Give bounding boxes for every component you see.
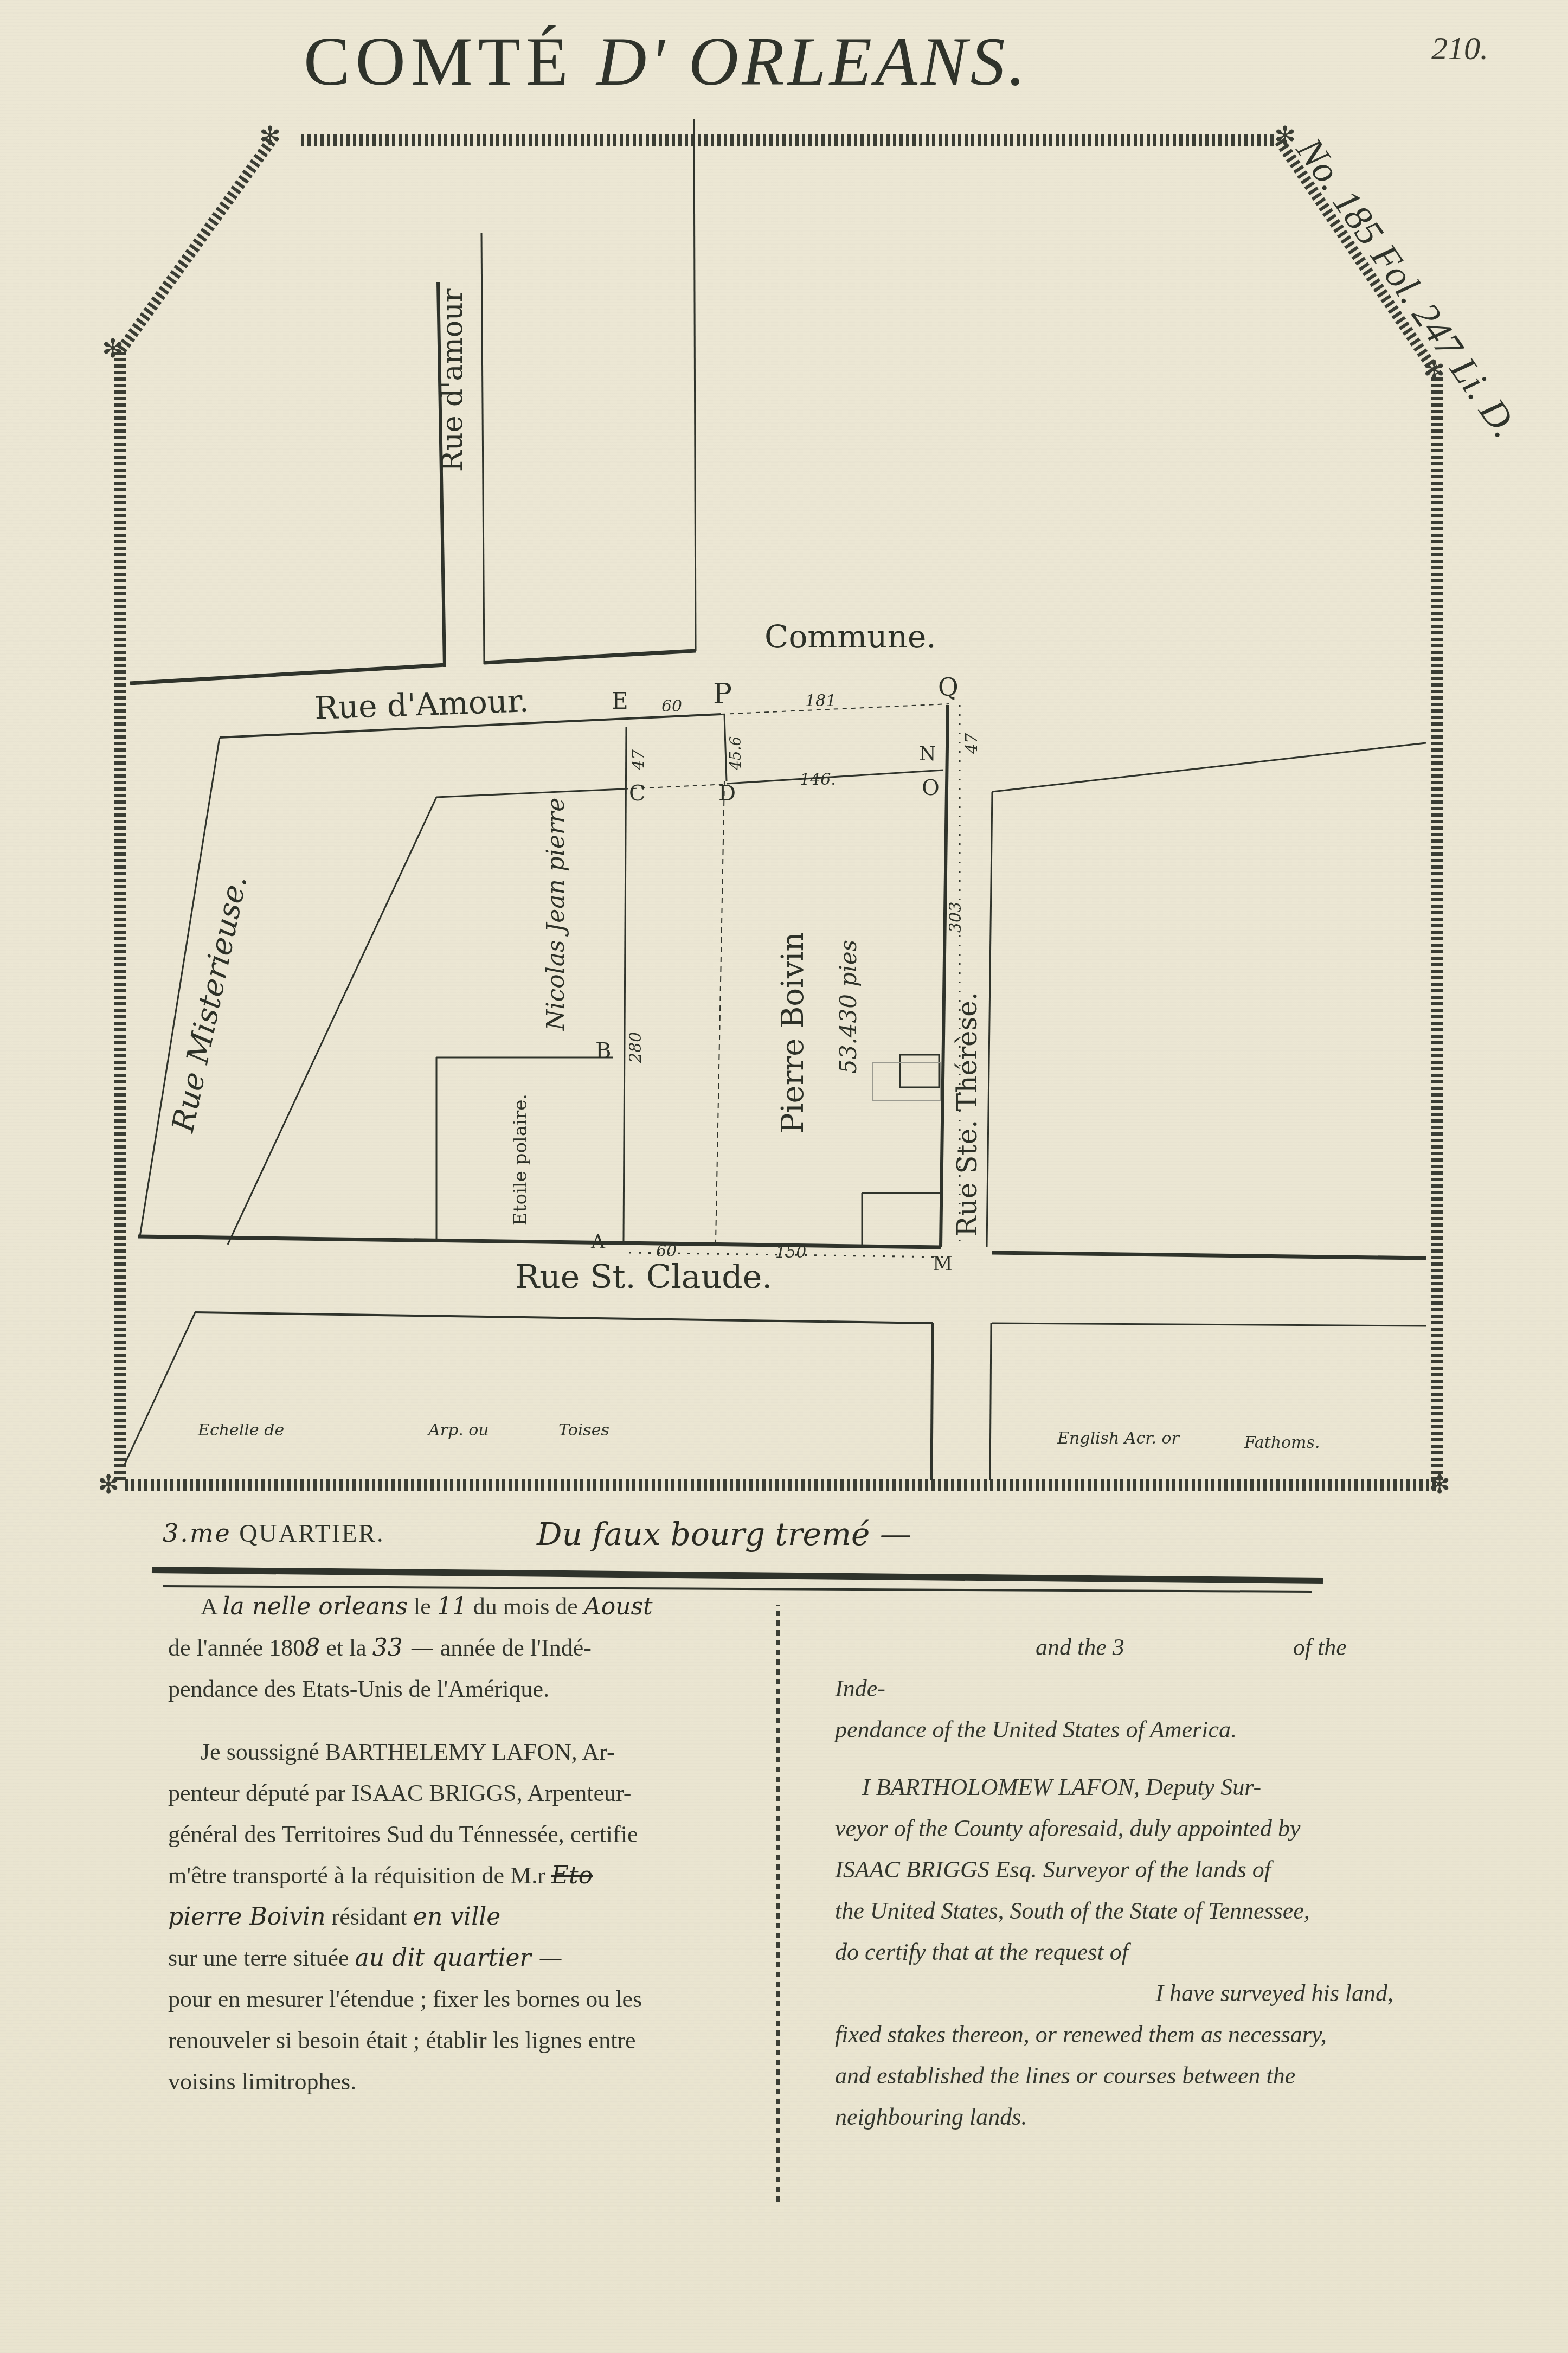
french-line-8: pierre Boivin résidant en ville <box>168 1896 737 1938</box>
owner-etoile-polaire: Etoile polaire. <box>510 1094 531 1226</box>
french-line-12: voisins limitrophes. <box>168 2061 737 2102</box>
french-line-7: m'être transporté à la réquisition de M.… <box>168 1855 737 1896</box>
border-ornament-icon: ✻ <box>259 124 281 150</box>
handwritten-requester: pierre Boivin <box>168 1903 326 1931</box>
english-line-3: I BARTHOLOMEW LAFON, Deputy Sur- <box>835 1767 1393 1808</box>
point-C: C <box>629 781 646 806</box>
street-label-rue-damour-vertical: Rue d'amour <box>436 289 469 472</box>
french-line-11: renouveler si besoin était ; établir les… <box>168 2020 737 2061</box>
handwritten-place: la nelle orleans <box>222 1593 408 1620</box>
handwritten-month: Aoust <box>584 1593 653 1620</box>
street-label-rue-st-claude: Rue St. Claude. <box>515 1258 772 1296</box>
scale-english: English Acr. or <box>1057 1429 1179 1448</box>
english-line-4: veyor of the County aforesaid, duly appo… <box>835 1808 1393 1849</box>
measure-P-D: 45.6 <box>727 736 744 770</box>
spacer <box>168 1710 737 1732</box>
text: résidant <box>332 1903 407 1930</box>
point-M: M <box>933 1253 953 1275</box>
point-E: E <box>612 688 628 714</box>
struck-handwriting: Eto <box>551 1862 593 1889</box>
measure-E-P: 60 <box>661 697 682 716</box>
owner-nicolas-jean-pierre: Nicolas Jean pierre <box>542 798 570 1030</box>
french-line-3: pendance des Etats-Unis de l'Amérique. <box>168 1669 737 1710</box>
street-label-rue-ste-therese: Rue Ste. Thérèse. <box>952 992 983 1236</box>
border-ornament-icon: ✻ <box>102 336 124 362</box>
measure-O-M: 303 <box>946 902 965 933</box>
boivin-area: 53.430 pies <box>835 940 862 1074</box>
border-ornament-icon: ✻ <box>1274 124 1296 150</box>
point-P: P <box>713 678 732 710</box>
french-line-9: sur une terre située au dit quartier — <box>168 1938 737 1979</box>
quartier-heading: 3.me QUARTIER. <box>163 1518 385 1548</box>
measure-P-Q: 181 <box>805 691 836 710</box>
column-divider <box>776 1605 780 2202</box>
scale-echelle: Echelle de <box>198 1421 284 1440</box>
english-line-6: the United States, South of the State of… <box>835 1890 1393 1932</box>
spacer <box>835 1751 1393 1767</box>
quartier-name: Du faux bourg tremé — <box>537 1516 911 1553</box>
handwritten-day: 11 <box>437 1593 467 1620</box>
measure-Q-N: 47 <box>962 733 981 754</box>
text: sur une terre située <box>168 1945 349 1971</box>
text: du mois de <box>473 1593 578 1620</box>
english-text: and the 3 of the Inde- pendance of the U… <box>835 1627 1393 2138</box>
text: A <box>201 1593 216 1620</box>
english-line-5: ISAAC BRIGGS Esq. Surveyor of the lands … <box>835 1849 1393 1890</box>
street-label-rue-damour: Rue d'Amour. <box>314 682 530 727</box>
quartier-number: 3.me <box>163 1518 232 1548</box>
handwritten-independence-year: 33 — <box>372 1634 434 1662</box>
french-line-2: de l'année 1808 et la 33 — année de l'In… <box>168 1627 737 1669</box>
french-line-4: Je soussigné BARTHELEMY LAFON, Ar- <box>168 1732 737 1773</box>
measure-E-C: 47 <box>629 749 648 770</box>
french-line-5: penteur député par ISAAC BRIGGS, Arpente… <box>168 1773 737 1814</box>
measure-A-X: 60 <box>656 1242 677 1261</box>
measure-X-M: 150 <box>775 1243 806 1262</box>
scale-arp: Arp. ou <box>428 1421 489 1440</box>
point-O: O <box>922 775 940 800</box>
english-line-2: pendance of the United States of America… <box>835 1709 1393 1751</box>
label-commune: Commune. <box>764 618 936 655</box>
quartier-label: QUARTIER. <box>239 1519 384 1547</box>
french-line-6: général des Territoires Sud du Ténnessée… <box>168 1814 737 1855</box>
scale-toises: Toises <box>558 1421 609 1440</box>
english-line-1: and the 3 of the Inde- <box>835 1627 1393 1709</box>
point-B: B <box>595 1038 611 1063</box>
border-ornament-icon: ✻ <box>1423 358 1445 384</box>
text: et la <box>326 1634 367 1661</box>
text: de l'année 180 <box>168 1634 305 1661</box>
point-Q: Q <box>938 672 959 702</box>
english-line-10: and established the lines or courses bet… <box>835 2055 1393 2096</box>
point-A: A <box>591 1231 605 1253</box>
french-line-1: A la nelle orleans le 11 du mois de Aous… <box>168 1586 737 1627</box>
handwritten-residence: en ville <box>413 1903 500 1931</box>
border-ornament-icon: ✻ <box>98 1472 119 1498</box>
text: le <box>414 1593 431 1620</box>
text: m'être transporté à la réquisition de M.… <box>168 1862 545 1889</box>
measure-C-A: 280 <box>626 1032 645 1063</box>
scale-fathoms: Fathoms. <box>1244 1433 1320 1452</box>
french-text: A la nelle orleans le 11 du mois de Aous… <box>168 1586 737 2102</box>
handwritten-year: 8 <box>305 1634 320 1662</box>
text: and the 3 <box>835 1634 1124 1660</box>
english-line-11: neighbouring lands. <box>835 2096 1393 2138</box>
owner-pierre-boivin: Pierre Boivin <box>775 932 811 1133</box>
handwritten-location: au dit quartier — <box>355 1944 563 1972</box>
french-line-10: pour en mesurer l'étendue ; fixer les bo… <box>168 1979 737 2020</box>
point-N: N <box>919 743 936 765</box>
measure-D-O: 146. <box>800 770 836 789</box>
english-line-8: I have surveyed his land, <box>835 1973 1393 2014</box>
english-line-9: fixed stakes thereon, or renewed them as… <box>835 2014 1393 2055</box>
point-D: D <box>718 781 736 806</box>
text: année de l'Indé- <box>440 1634 592 1661</box>
english-line-7: do certify that at the request of <box>835 1932 1393 1973</box>
border-ornament-icon: ✻ <box>1429 1472 1450 1498</box>
